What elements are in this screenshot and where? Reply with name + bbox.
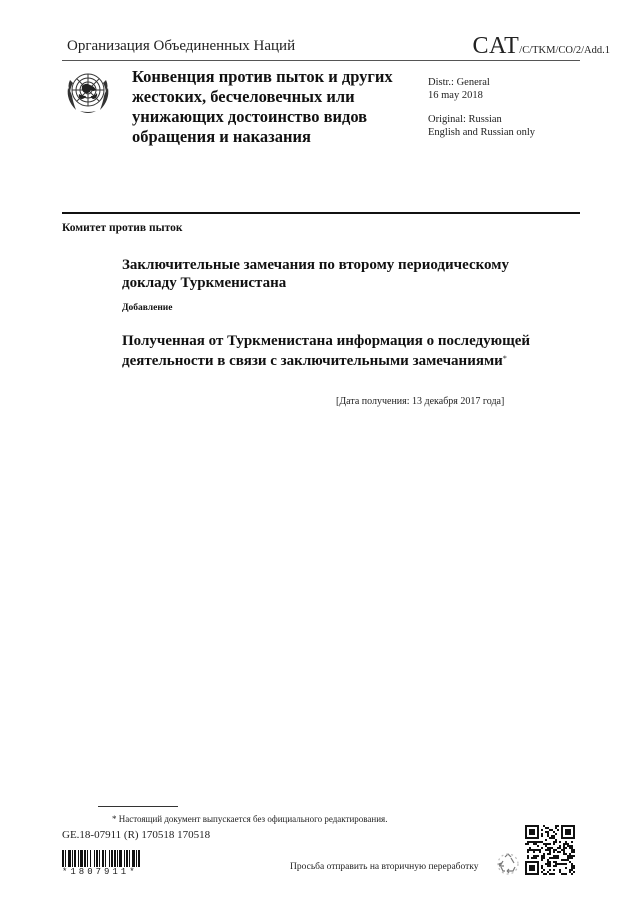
footnote-rule — [98, 806, 178, 807]
organization-name: Организация Объединенных Наций — [67, 38, 295, 55]
job-number: GE.18-07911 (R) 170518 170518 — [62, 829, 210, 841]
date-received: [Дата получения: 13 декабря 2017 года] — [336, 396, 504, 407]
symbol-main: CAT — [472, 33, 519, 59]
footnote-marker[interactable]: * — [503, 354, 507, 363]
distribution-status: Distr.: General — [428, 76, 535, 89]
footnote-text: * Настоящий документ выпускается без офи… — [112, 814, 387, 824]
original-language: Original: Russian — [428, 113, 535, 126]
header-rule — [62, 60, 580, 61]
addendum-label: Добавление — [122, 303, 173, 313]
issue-date: 16 may 2018 — [428, 89, 535, 102]
un-emblem-icon — [62, 66, 114, 118]
distribution-block: Distr.: General 16 may 2018 Original: Ru… — [428, 76, 535, 139]
section-rule — [62, 212, 580, 214]
barcode-icon — [62, 850, 152, 867]
qr-code-icon — [525, 825, 575, 875]
convention-title: Конвенция против пыток и других жестоких… — [132, 67, 412, 147]
barcode-text: *1807911* — [62, 867, 138, 877]
information-heading-text: Полученная от Туркменистана информация о… — [122, 333, 530, 369]
document-symbol: CAT/C/TKM/CO/2/Add.1 — [472, 33, 610, 60]
recycle-text: Просьба отправить на вторичную переработ… — [290, 862, 479, 872]
recycle-icon — [496, 852, 520, 876]
available-languages: English and Russian only — [428, 126, 535, 139]
symbol-suffix: /C/TKM/CO/2/Add.1 — [519, 45, 610, 56]
committee-name: Комитет против пыток — [62, 222, 183, 234]
information-heading: Полученная от Туркменистана информация о… — [122, 333, 542, 370]
report-heading: Заключительные замечания по второму пери… — [122, 256, 542, 292]
